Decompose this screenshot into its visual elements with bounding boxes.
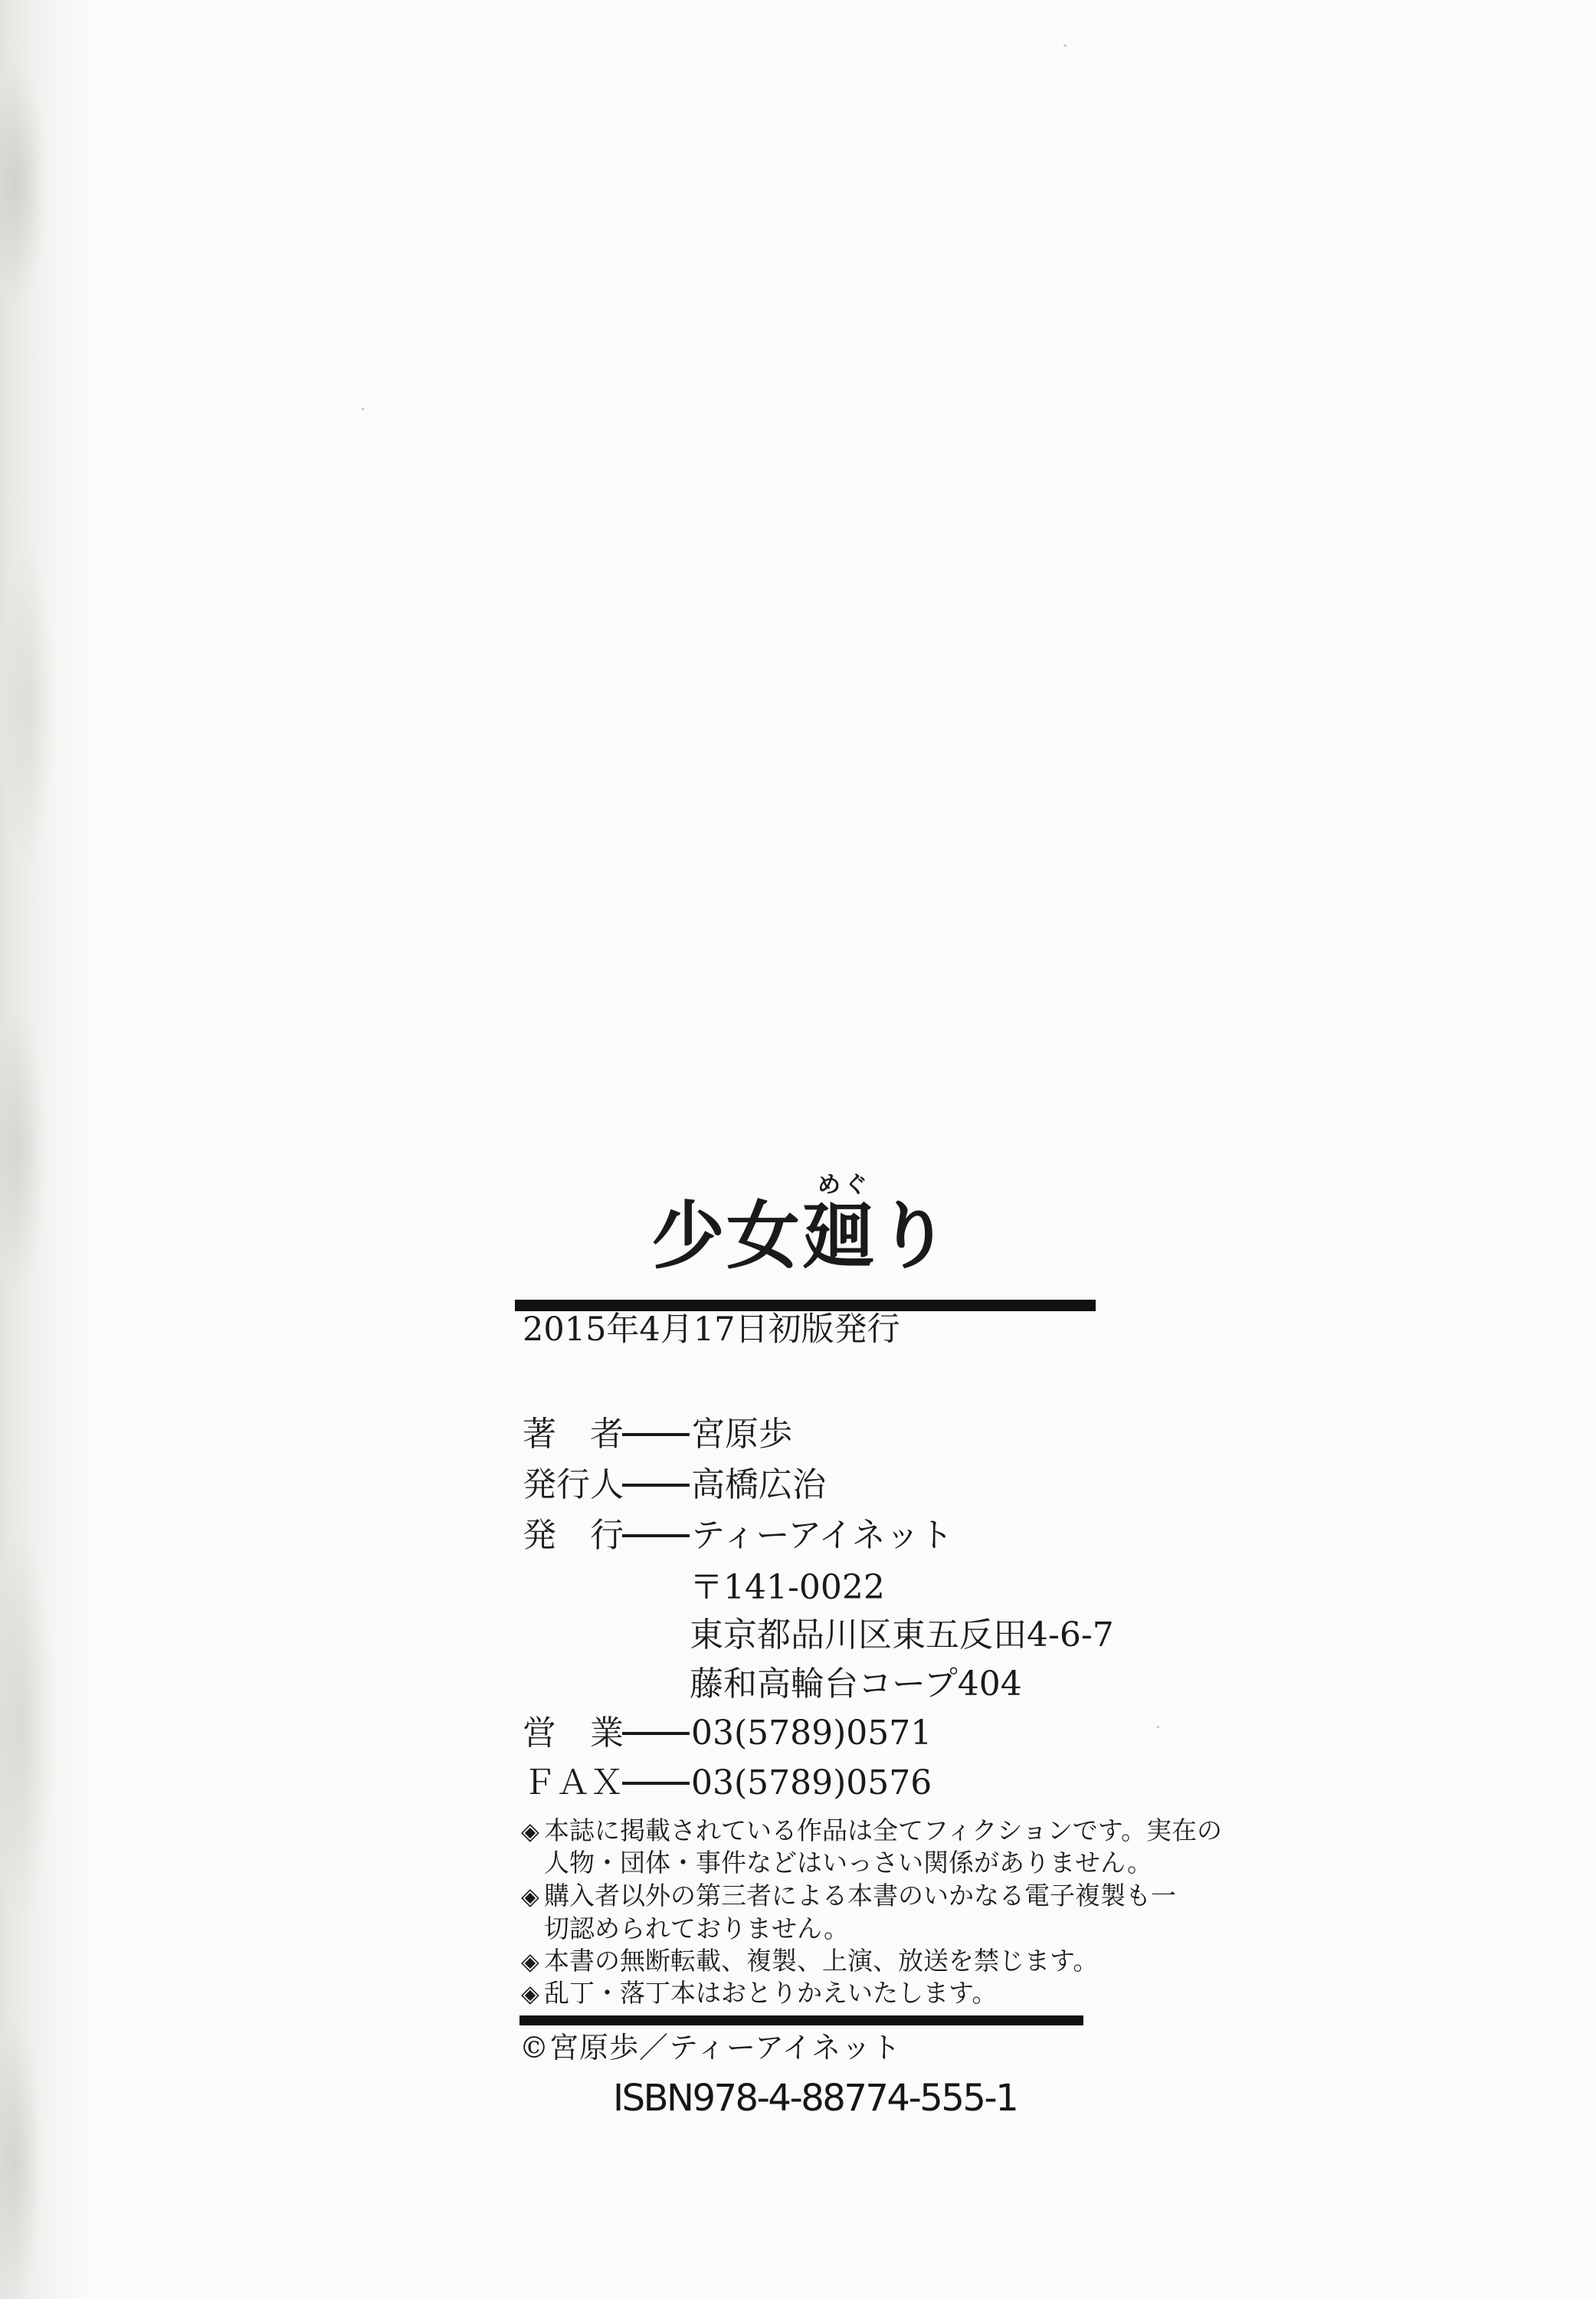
notice-reprint: ◈本書の無断転載、複製、上演、放送を禁じます。 (521, 1948, 1098, 1974)
leader-dash (622, 1534, 690, 1537)
sales-phone: 03(5789)0571 (691, 1717, 932, 1750)
publisher-name: ティーアイネット (691, 1519, 953, 1553)
diamond-bullet-icon: ◈ (521, 1885, 544, 1909)
isbn-number: ISBN978-4-88774-555-1 (613, 2080, 1017, 2117)
footer-divider-rule (519, 2015, 1083, 2025)
notice-fiction-cont: 人物・団体・事件などはいっさい関係がありません。 (521, 1850, 1152, 1875)
notice-copy: ◈購入者以外の第三者による本書のいかなる電子複製も一 (521, 1883, 1176, 1909)
book-title: 少女廻り (651, 1199, 952, 1273)
notice-defective: ◈乱丁・落丁本はおとりかえいたします。 (521, 1980, 997, 2006)
leader-dash (622, 1732, 690, 1735)
notice-fiction: ◈本誌に掲載されている作品は全てフィクションです。実在の (521, 1818, 1222, 1844)
postal-code: 〒141-0022 (690, 1571, 885, 1605)
notice-text: 購入者以外の第三者による本書のいかなる電子複製も一 (544, 1881, 1176, 1910)
notice-text: 本書の無断転載、複製、上演、放送を禁じます。 (544, 1946, 1098, 1976)
diamond-bullet-icon: ◈ (521, 1820, 544, 1844)
notice-text: 乱丁・落丁本はおとりかえいたします。 (544, 1978, 997, 2008)
scan-speck (1063, 44, 1067, 47)
publisher-row: 発 行 ティーアイネット (523, 1517, 953, 1554)
fax-label: ＦＡＸ (523, 1766, 621, 1800)
author-name: 宮原歩 (691, 1418, 792, 1451)
edition-date: 2015年4月17日初版発行 (523, 1313, 900, 1346)
title-divider-rule (515, 1300, 1096, 1311)
scan-edge-artifact (0, 0, 90, 2299)
address-line: 東京都品川区東五反田4-6-7 (690, 1618, 1114, 1652)
sales-label: 営 業 (523, 1717, 621, 1750)
author-row: 著 者 宮原歩 (523, 1416, 792, 1453)
copyright-line: ©宮原歩／ティーアイネット (519, 2033, 901, 2062)
fax-row: ＦＡＸ 03(5789)0576 (523, 1765, 932, 1802)
notice-text: 本誌に掲載されている作品は全てフィクションです。実在の (544, 1815, 1222, 1845)
publisher-person-row: 発行人 高橋広治 (523, 1467, 826, 1504)
leader-dash (622, 1484, 690, 1487)
colophon-page: めぐ 少女廻り 2015年4月17日初版発行 著 者 宮原歩 発行人 高橋広治 … (0, 0, 1596, 2299)
publisher-label: 発 行 (523, 1519, 621, 1553)
diamond-bullet-icon: ◈ (521, 1983, 544, 2006)
sales-phone-row: 営 業 03(5789)0571 (523, 1715, 932, 1752)
leader-dash (622, 1433, 690, 1436)
publisher-person-name: 高橋広治 (691, 1468, 826, 1502)
notice-copy-cont: 切認められておりません。 (521, 1916, 849, 1941)
address-line: 藤和高輪台コープ404 (690, 1668, 1022, 1701)
diamond-bullet-icon: ◈ (521, 1950, 544, 1974)
author-label: 著 者 (523, 1418, 621, 1451)
fax-number: 03(5789)0576 (691, 1766, 932, 1800)
publisher-person-label: 発行人 (523, 1468, 621, 1502)
leader-dash (622, 1782, 690, 1785)
scan-speck (1157, 1726, 1159, 1728)
scan-speck (362, 408, 364, 410)
